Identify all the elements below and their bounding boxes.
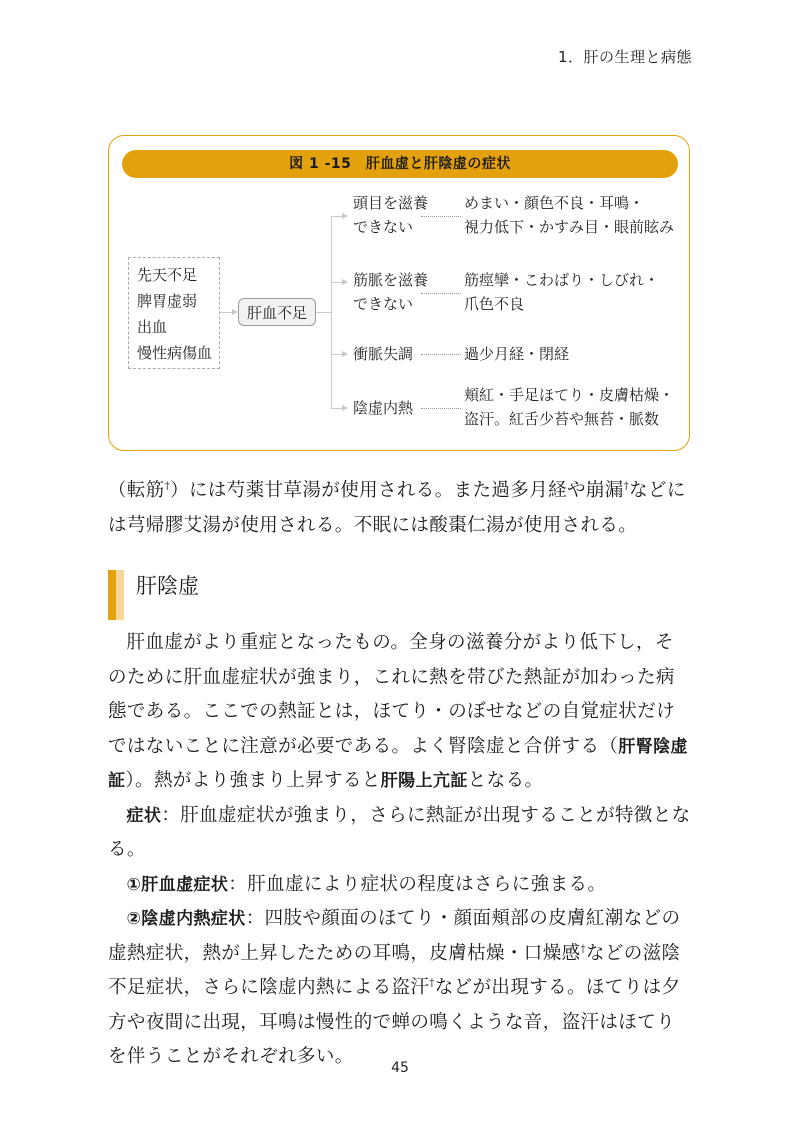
branch-label: 頭目を滋養 できない (353, 191, 428, 239)
symptom-line: 過少月経・閉経 (464, 342, 569, 366)
term-bold: 肝陽上亢証 (381, 771, 468, 791)
branch-label-line: 頭目を滋養 (353, 191, 428, 215)
branch-label-line: できない (353, 292, 428, 316)
connector-line (316, 312, 332, 313)
symptom-line: 視力低下・かすみ目・眼前眩み (464, 215, 674, 239)
arrow-right-icon (342, 405, 348, 411)
heading-bar-light-icon (116, 570, 124, 620)
text-run: （転筋 (108, 480, 165, 501)
cause-item: 先天不足 (137, 262, 219, 288)
heading-bar-icon (108, 570, 116, 620)
page-number: 45 (0, 1060, 800, 1076)
branch-label-line: できない (353, 215, 428, 239)
text-run: ：肝血虚症状が強まり，さらに熱証が出現することが特徴となる。 (108, 805, 691, 861)
paragraph: （転筋†）には芍薬甘草湯が使用される。また過多月経や崩漏†などには芎帰膠艾湯が使… (108, 474, 692, 543)
figure-box: 図 1 -15 肝血虚と肝陰虚の症状 先天不足 脾胃虚弱 出血 慢性病傷血 肝血… (108, 135, 690, 451)
dotted-leader (421, 293, 461, 294)
term-bold: ②陰虚内熱症状 (127, 909, 246, 929)
symptom-text: 過少月経・閉経 (464, 342, 569, 366)
symptom-line: 盗汗。紅舌少苔や無苔・脈数 (464, 407, 674, 431)
symptom-text: 頬紅・手足ほてり・皮膚枯燥・ 盗汗。紅舌少苔や無苔・脈数 (464, 383, 674, 431)
branch-label-line: 衝脈失調 (353, 342, 413, 366)
branch-label-line: 陰虚内熱 (353, 396, 413, 420)
branch-label: 筋脈を滋養 できない (353, 268, 428, 316)
text-run: ）には芍薬甘草湯が使用される。また過多月経や崩漏 (170, 480, 624, 501)
running-head: 1．肝の生理と病態 (558, 46, 692, 67)
symptom-text: 筋痙攣・こわばり・しびれ・ 爪色不良 (464, 268, 659, 316)
arrow-right-icon (342, 351, 348, 357)
term-bold: ①肝血虚症状 (127, 875, 229, 895)
symptom-line: 頬紅・手足ほてり・皮膚枯燥・ (464, 383, 674, 407)
connector-line (220, 312, 232, 313)
dotted-leader (421, 408, 461, 409)
cause-item: 出血 (137, 314, 219, 340)
center-node: 肝血不足 (238, 298, 316, 326)
connector-trunk (331, 216, 332, 409)
section-body: 肝血虚がより重症となったもの。全身の滋養分がより低下し，そのために肝血虚症状が強… (108, 626, 692, 1075)
symptom-line: 筋痙攣・こわばり・しびれ・ (464, 268, 659, 292)
branch-label: 陰虚内熱 (353, 396, 413, 420)
dotted-leader (421, 216, 461, 217)
causes-box: 先天不足 脾胃虚弱 出血 慢性病傷血 (128, 257, 220, 369)
text-run: となる。 (468, 770, 544, 791)
branch-label: 衝脈失調 (353, 342, 413, 366)
symptom-line: めまい・顔色不良・耳鳴・ (464, 191, 674, 215)
dotted-leader (421, 354, 461, 355)
intro-paragraph: （転筋†）には芍薬甘草湯が使用される。また過多月経や崩漏†などには芎帰膠艾湯が使… (108, 474, 692, 543)
arrow-right-icon (342, 213, 348, 219)
section-title: 肝陰虚 (136, 570, 199, 600)
branch-label-line: 筋脈を滋養 (353, 268, 428, 292)
paragraph: ①肝血虚症状：肝血虚により症状の程度はさらに強まる。 (108, 868, 692, 903)
symptom-line: 爪色不良 (464, 292, 659, 316)
cause-item: 脾胃虚弱 (137, 288, 219, 314)
paragraph: 肝血虚がより重症となったもの。全身の滋養分がより低下し，そのために肝血虚症状が強… (108, 626, 692, 799)
text-run: 芎帰膠艾湯が使用される。不眠には酸棗仁湯が使用される。 (127, 515, 637, 536)
paragraph: 症状：肝血虚症状が強まり，さらに熱証が出現することが特徴となる。 (108, 799, 692, 868)
text-run: 肝血虚がより重症となったもの。全身の滋養分がより低下し，そのために肝血虚症状が強… (108, 632, 675, 757)
text-run: ：肝血虚により症状の程度はさらに強まる。 (228, 874, 606, 895)
paragraph: ②陰虚内熱症状：四肢や顔面のほてり・顔面頬部の皮膚紅潮などの虚熱症状，熱が上昇し… (108, 902, 692, 1075)
term-bold: 症状 (127, 806, 162, 826)
symptom-text: めまい・顔色不良・耳鳴・ 視力低下・かすみ目・眼前眩み (464, 191, 674, 239)
arrow-right-icon (342, 279, 348, 285)
text-run: ）。熱がより強まり上昇すると (125, 770, 380, 791)
diagram: 先天不足 脾胃虚弱 出血 慢性病傷血 肝血不足 頭目を滋養 できない めまい・顔… (109, 136, 689, 450)
cause-item: 慢性病傷血 (137, 340, 219, 366)
